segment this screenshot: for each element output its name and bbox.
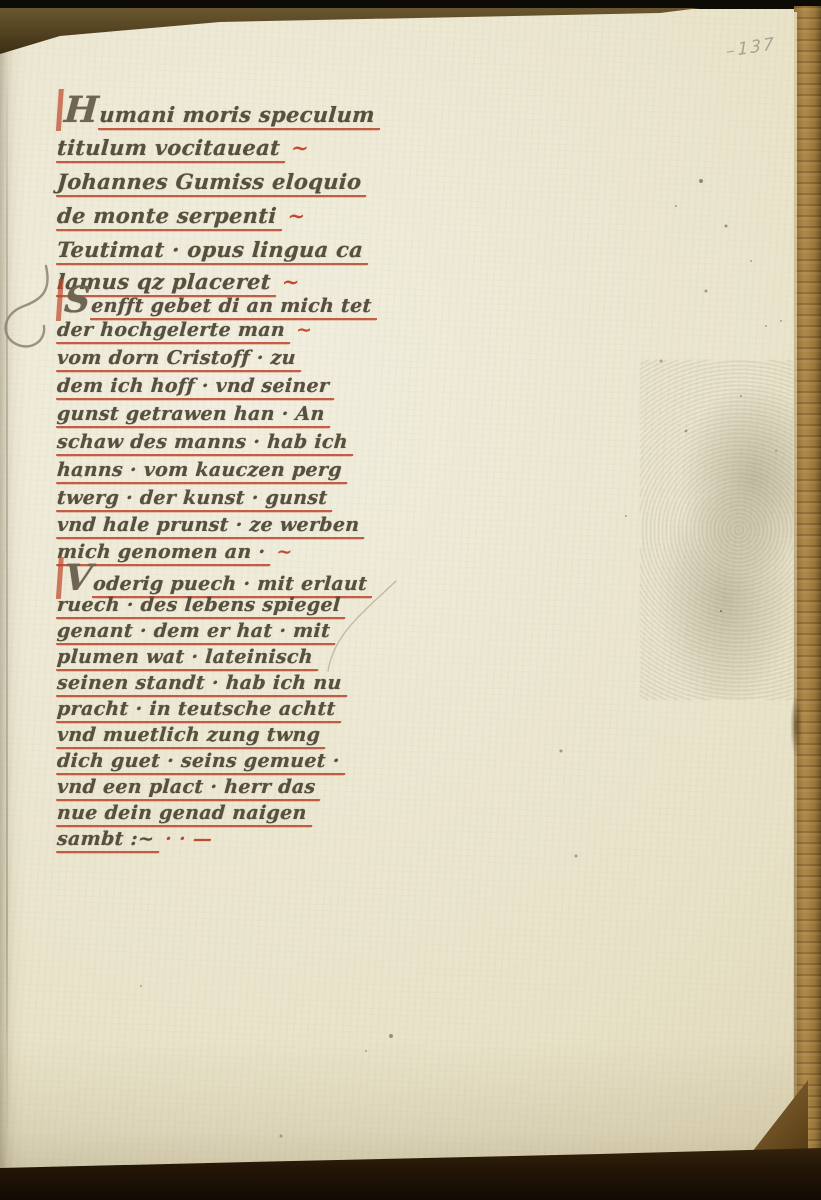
text-line-label: plumen wat · lateinisch: [56, 646, 320, 671]
text-line: schaw des manns · hab ich: [56, 431, 355, 456]
page-edge-highlight: [793, 12, 797, 1162]
page-bottom-shading: [0, 1040, 821, 1170]
text-line-label: sambt :~: [56, 828, 161, 853]
text-line: plumen wat · lateinisch: [56, 646, 320, 671]
rubric-dash: ~: [271, 541, 294, 563]
text-line-label: enfft gebet di an mich tet: [90, 295, 378, 320]
text-line: Johannes Gumiss eloquio: [56, 169, 368, 197]
text-line: de monte serpenti~: [56, 203, 306, 231]
text-line: Teutimat · opus lingua ca: [56, 237, 370, 265]
rubric-dash: ~: [285, 135, 310, 160]
fore-edge-notch: [789, 690, 803, 780]
text-line-label: pracht · in teutsche achtt: [56, 698, 342, 723]
text-line-label: Johannes Gumiss eloquio: [56, 169, 368, 197]
text-line-label: Teutimat · opus lingua ca: [56, 237, 370, 265]
text-line: Senfft gebet di an mich tet: [56, 290, 379, 320]
ink-specks: [720, 610, 722, 612]
text-line-label: seinen standt · hab ich nu: [56, 672, 348, 697]
gutter-fold-line: [6, 40, 8, 1160]
text-line-label: dich guet · seins gemuet ·: [56, 750, 346, 775]
text-line: seinen standt · hab ich nu: [56, 672, 348, 697]
text-line: vnd muetlich zung twng: [56, 724, 327, 749]
manuscript-photo: 137 Humani moris speculum titulum vocita…: [0, 0, 821, 1200]
initial-capital-S: S: [56, 279, 92, 321]
initial-capital-V: V: [56, 557, 94, 599]
rubric-end-dashes: · · —: [159, 828, 213, 850]
text-line: genant · dem er hat · mit: [56, 620, 337, 645]
text-line: pracht · in teutsche achtt: [56, 698, 342, 723]
text-line: dich guet · seins gemuet ·: [56, 750, 346, 775]
text-line-label: genant · dem er hat · mit: [56, 620, 337, 645]
text-line-label: umani moris speculum: [98, 102, 381, 130]
text-line-label: ruech · des lebens spiegel: [56, 594, 347, 619]
text-line-label: de monte serpenti: [56, 203, 284, 231]
text-line: titulum vocitaueat~: [56, 135, 310, 163]
text-line: gunst getrawen han · An: [56, 403, 331, 428]
rubric-dash: ~: [282, 203, 307, 228]
text-line-label: hanns · vom kauczen perg: [56, 459, 349, 484]
text-line-label: titulum vocitaueat: [56, 135, 287, 163]
text-line: vnd een plact · herr das: [56, 776, 322, 801]
text-line: ruech · des lebens spiegel: [56, 594, 347, 619]
text-line-label: vnd een plact · herr das: [56, 776, 322, 801]
book-fore-edge: [794, 6, 821, 1200]
text-line: dem ich hoff · vnd seiner: [56, 375, 336, 400]
initial-capital-H: H: [56, 89, 100, 131]
text-line-label: gunst getrawen han · An: [56, 403, 331, 428]
text-line-label: vnd hale prunst · ze werben: [56, 514, 366, 539]
text-line: Humani moris speculum: [56, 100, 382, 130]
text-line: der hochgelerte man~: [56, 319, 313, 344]
text-line-label: nue dein genad naigen: [56, 802, 313, 827]
rubric-dash: ~: [290, 319, 313, 341]
text-line-label: dem ich hoff · vnd seiner: [56, 375, 336, 400]
text-line-label: twerg · der kunst · gunst: [56, 487, 334, 512]
text-line: sambt :~· · —: [56, 828, 213, 853]
text-line: vnd hale prunst · ze werben: [56, 514, 366, 539]
text-line-label: vom dorn Cristoff · zu: [56, 347, 302, 372]
text-line-label: der hochgelerte man: [56, 319, 292, 344]
text-line-label: schaw des manns · hab ich: [56, 431, 355, 456]
text-line: vom dorn Cristoff · zu: [56, 347, 302, 372]
photo-frame-top: [0, 0, 821, 9]
text-line: nue dein genad naigen: [56, 802, 313, 827]
text-line: twerg · der kunst · gunst: [56, 487, 334, 512]
binding-gutter-shadow: [0, 0, 26, 1200]
text-line-label: vnd muetlich zung twng: [56, 724, 327, 749]
text-line: hanns · vom kauczen perg: [56, 459, 349, 484]
